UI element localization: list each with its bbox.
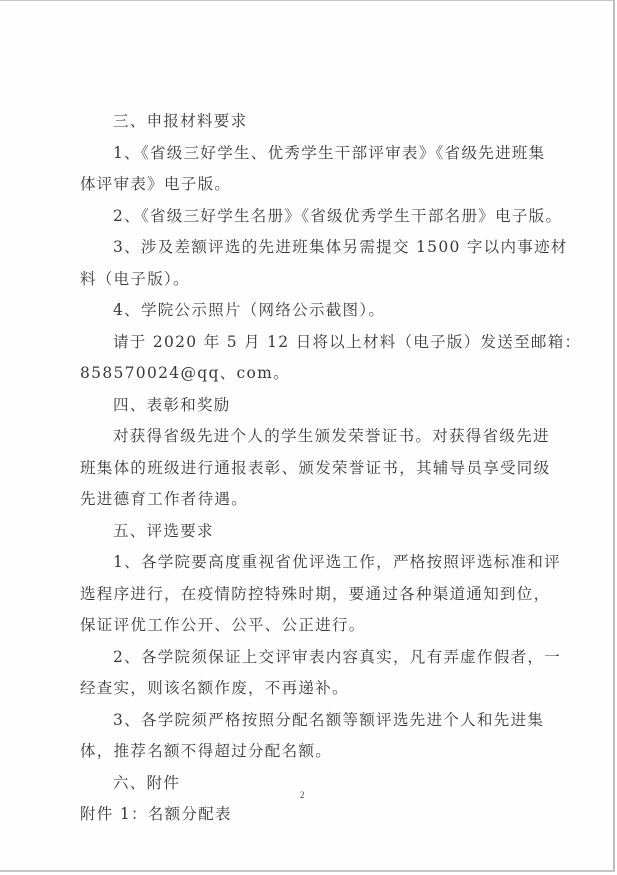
materials-item-3-cont: 料（电子版）。 <box>80 264 546 296</box>
section-heading-attachments: 六、附件 <box>80 768 546 800</box>
materials-item-2: 2、《省级三好学生名册》《省级优秀学生干部名册》电子版。 <box>80 201 546 233</box>
submission-email: 858570024@qq、com。 <box>80 358 546 390</box>
requirements-item-3-cont: 体，推荐名额不得超过分配名额。 <box>80 736 546 768</box>
requirements-item-1-cont-b: 保证评优工作公开、公平、公正进行。 <box>80 610 546 642</box>
materials-item-1-cont: 体评审表》电子版。 <box>80 169 546 201</box>
section-heading-awards: 四、表彰和奖励 <box>80 390 546 422</box>
requirements-item-2: 2、各学院须保证上交评审表内容真实，凡有弄虚作假者，一 <box>80 642 546 674</box>
document-page: 三、申报材料要求 1、《省级三好学生、优秀学生干部评审表》《省级先进班集 体评审… <box>0 0 615 872</box>
awards-paragraph-line-1: 对获得省级先进个人的学生颁发荣誉证书。对获得省级先进 <box>80 421 546 453</box>
materials-item-3: 3、涉及差额评选的先进班集体另需提交 1500 字以内事迹材 <box>80 232 546 264</box>
document-body: 三、申报材料要求 1、《省级三好学生、优秀学生干部评审表》《省级先进班集 体评审… <box>80 106 546 831</box>
requirements-item-2-cont: 经查实，则该名额作废，不再递补。 <box>80 673 546 705</box>
attachment-1: 附件 1：名额分配表 <box>80 799 546 831</box>
submission-instruction: 请于 2020 年 5 月 12 日将以上材料（电子版）发送至邮箱： <box>80 327 546 359</box>
awards-paragraph-line-3: 先进德育工作者待遇。 <box>80 484 546 516</box>
section-heading-requirements: 五、评选要求 <box>80 516 546 548</box>
materials-item-4: 4、学院公示照片（网络公示截图）。 <box>80 295 546 327</box>
materials-item-1: 1、《省级三好学生、优秀学生干部评审表》《省级先进班集 <box>80 138 546 170</box>
page-number: 2 <box>300 790 305 800</box>
requirements-item-1: 1、各学院要高度重视省优评选工作，严格按照评选标准和评 <box>80 547 546 579</box>
awards-paragraph-line-2: 班集体的班级进行通报表彰、颁发荣誉证书，其辅导员享受同级 <box>80 453 546 485</box>
requirements-item-3: 3、各学院须严格按照分配名额等额评选先进个人和先进集 <box>80 705 546 737</box>
requirements-item-1-cont-a: 选程序进行，在疫情防控特殊时期，要通过各种渠道通知到位， <box>80 579 546 611</box>
section-heading-materials: 三、申报材料要求 <box>80 106 546 138</box>
